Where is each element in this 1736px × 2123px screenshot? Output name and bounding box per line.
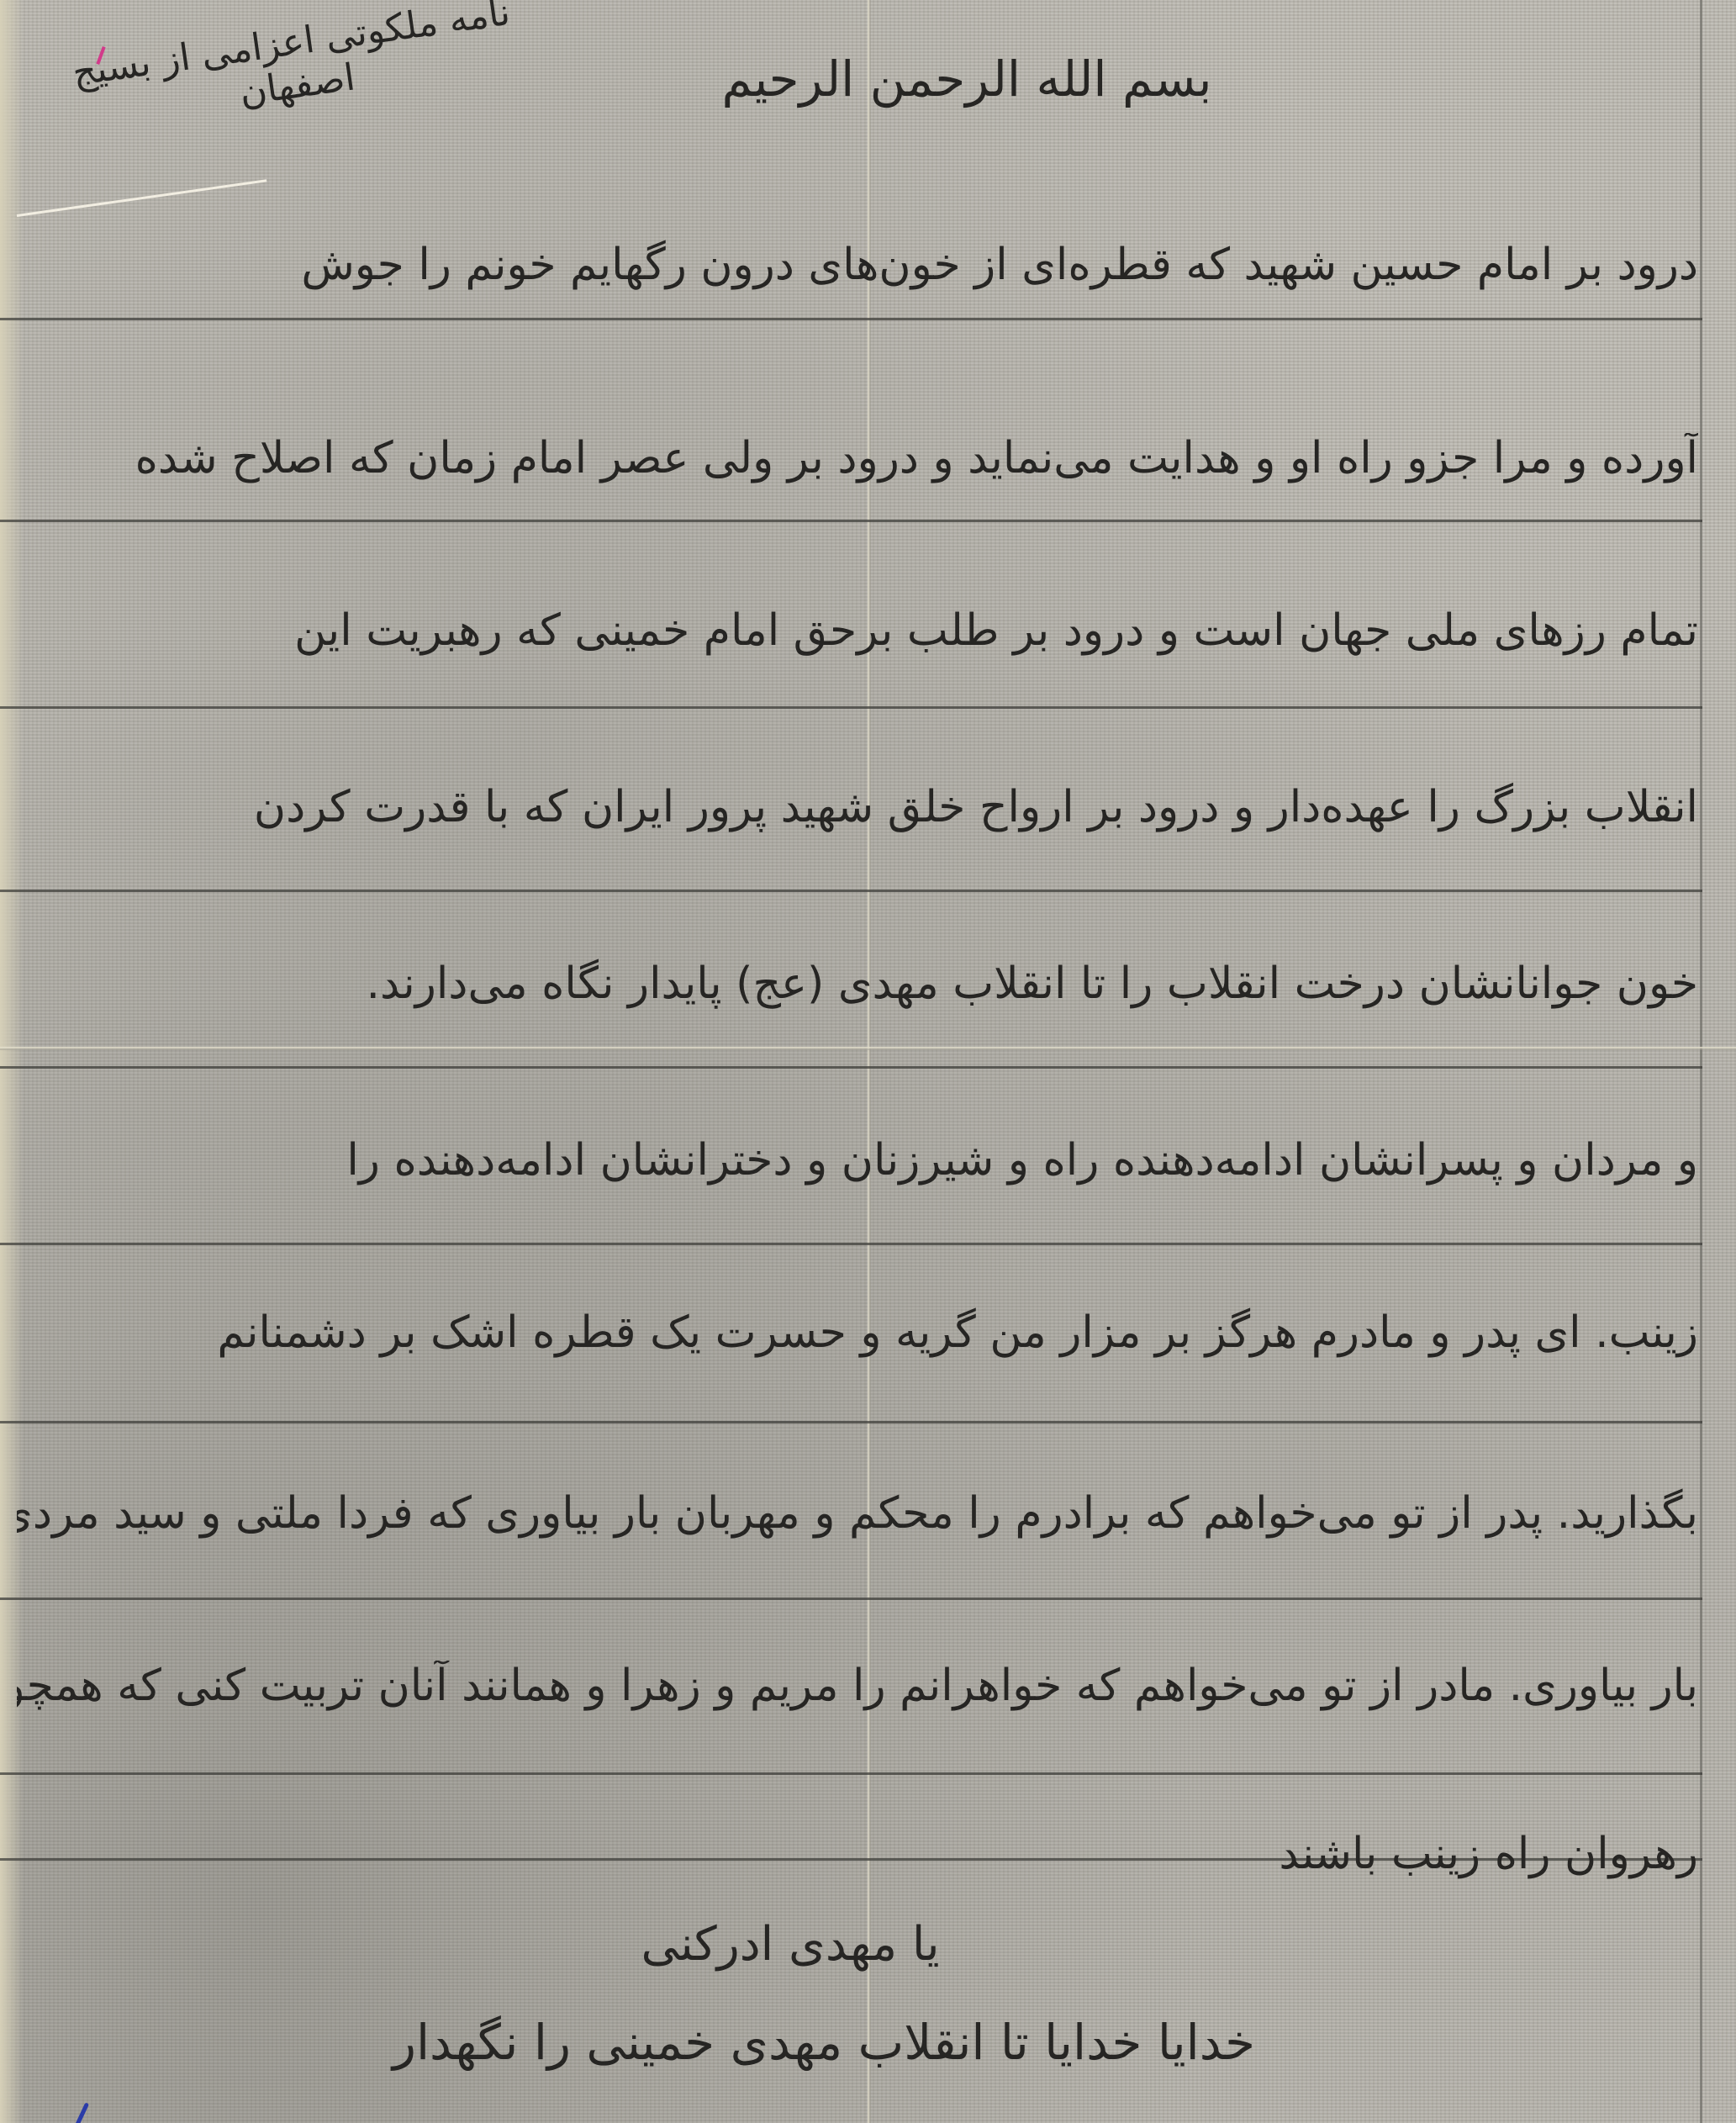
bismillah-heading: بسم الله الرحمن الرحیم [588,50,1345,108]
signature-line: یا مهدی ادرکنی [580,1917,1000,1972]
ruled-line [0,1243,1702,1245]
letter-line: بگذارید. پدر از تو می‌خواهم که برادرم را… [17,1488,1698,1539]
letter-line: خون جوانانشان درخت انقلاب را تا انقلاب م… [17,959,1698,1009]
letter-line: و مردان و پسرانشان ادامه‌دهنده راه و شیر… [17,1135,1698,1186]
blue-pen-mark [75,2102,89,2123]
corner-note: نامه ملکوتی اعزامی از بسیج اصفهان [22,0,567,144]
ruled-line [0,1066,1702,1069]
letter-line: رهروان راه زینب باشند [437,1829,1698,1879]
letter-line: زینب. ای پدر و مادرم هرگز بر مزار من گری… [17,1307,1698,1358]
scanned-letter-page: نامه ملکوتی اعزامی از بسیج اصفهان بسم ال… [0,0,1736,2123]
ruled-line [0,1598,1702,1600]
horizontal-fold-crease [0,1047,1736,1050]
ruled-line [0,890,1702,892]
ruled-line [0,706,1702,709]
ruled-line [0,318,1702,320]
letter-line: بار بیاوری. مادر از تو می‌خواهم که خواهر… [17,1661,1698,1711]
closing-prayer: خدایا خدایا تا انقلاب مهدی خمینی را نگهد… [235,2014,1412,2071]
ruled-line [0,520,1702,522]
paper-tear [17,179,266,217]
letter-line: آورده و مرا جزو راه او و هدایت می‌نماید … [17,433,1698,483]
letter-line: درود بر امام حسین شهید که قطره‌ای از خون… [17,240,1698,290]
letter-line: تمام رزهای ملی جهان است و درود بر طلب بر… [17,605,1698,656]
ruled-line [0,1421,1702,1423]
ruled-line [0,1772,1702,1775]
letter-line: انقلاب بزرگ را عهده‌دار و درود بر ارواح … [17,782,1698,832]
